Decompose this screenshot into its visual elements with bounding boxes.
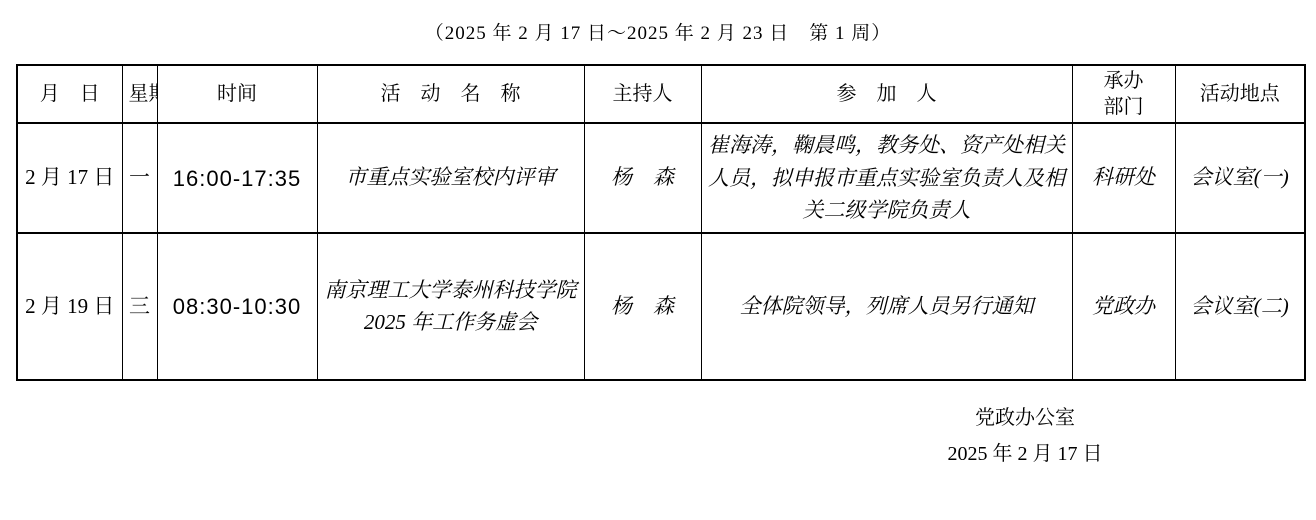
header-department-label: 承办部门 <box>1103 68 1145 120</box>
row2-activity: 南京理工大学泰州科技学院 2025 年工作务虚会 <box>317 233 584 380</box>
header-host: 主持人 <box>584 65 701 123</box>
header-activity: 活 动 名 称 <box>317 65 584 123</box>
row2-time: 08:30-10:30 <box>157 233 317 380</box>
header-weekday-label: 星期 <box>128 81 158 107</box>
row1-location: 会议室(一) <box>1175 123 1305 233</box>
document-page: （2025 年 2 月 17 日～2025 年 2 月 23 日 第 1 周） … <box>0 0 1316 520</box>
header-weekday: 星期 <box>122 65 157 123</box>
row1-participants: 崔海涛，鞠晨鸣，教务处、资产处相关人员，拟申报市重点实验室负责人及相关二级学院负… <box>701 123 1072 233</box>
signature-date: 2025 年 2 月 17 日 <box>860 436 1190 472</box>
row2-weekday: 三 <box>122 233 157 380</box>
row2-department: 党政办 <box>1072 233 1175 380</box>
header-date: 月 日 <box>17 65 122 123</box>
row1-date: 2 月 17 日 <box>17 123 122 233</box>
row1-activity: 市重点实验室校内评审 <box>317 123 584 233</box>
schedule-table: 月 日 星期 时间 活 动 名 称 主持人 参 加 人 承办部门 活动地点 2 … <box>16 64 1306 381</box>
row1-weekday: 一 <box>122 123 157 233</box>
header-location: 活动地点 <box>1175 65 1305 123</box>
header-activity-label: 活 动 名 称 <box>381 83 521 105</box>
row1-host: 杨 森 <box>584 123 701 233</box>
header-department: 承办部门 <box>1072 65 1175 123</box>
table-row: 2 月 19 日 三 08:30-10:30 南京理工大学泰州科技学院 2025… <box>17 233 1305 380</box>
table-header-row: 月 日 星期 时间 活 动 名 称 主持人 参 加 人 承办部门 活动地点 <box>17 65 1305 123</box>
signature-office: 党政办公室 <box>860 400 1190 436</box>
header-time: 时间 <box>157 65 317 123</box>
header-participants: 参 加 人 <box>701 65 1072 123</box>
row2-location: 会议室(二) <box>1175 233 1305 380</box>
row1-time: 16:00-17:35 <box>157 123 317 233</box>
header-location-label: 活动地点 <box>1200 83 1280 105</box>
header-host-label: 主持人 <box>613 83 673 105</box>
signature-block: 党政办公室 2025 年 2 月 17 日 <box>860 400 1190 472</box>
row2-date: 2 月 19 日 <box>17 233 122 380</box>
row2-host: 杨 森 <box>584 233 701 380</box>
header-time-label: 时间 <box>217 83 257 105</box>
header-date-label: 月 日 <box>40 83 100 105</box>
row1-department: 科研处 <box>1072 123 1175 233</box>
table-row: 2 月 17 日 一 16:00-17:35 市重点实验室校内评审 杨 森 崔海… <box>17 123 1305 233</box>
header-participants-label: 参 加 人 <box>837 83 937 105</box>
row2-participants: 全体院领导，列席人员另行通知 <box>701 233 1072 380</box>
document-title: （2025 年 2 月 17 日～2025 年 2 月 23 日 第 1 周） <box>0 18 1316 45</box>
